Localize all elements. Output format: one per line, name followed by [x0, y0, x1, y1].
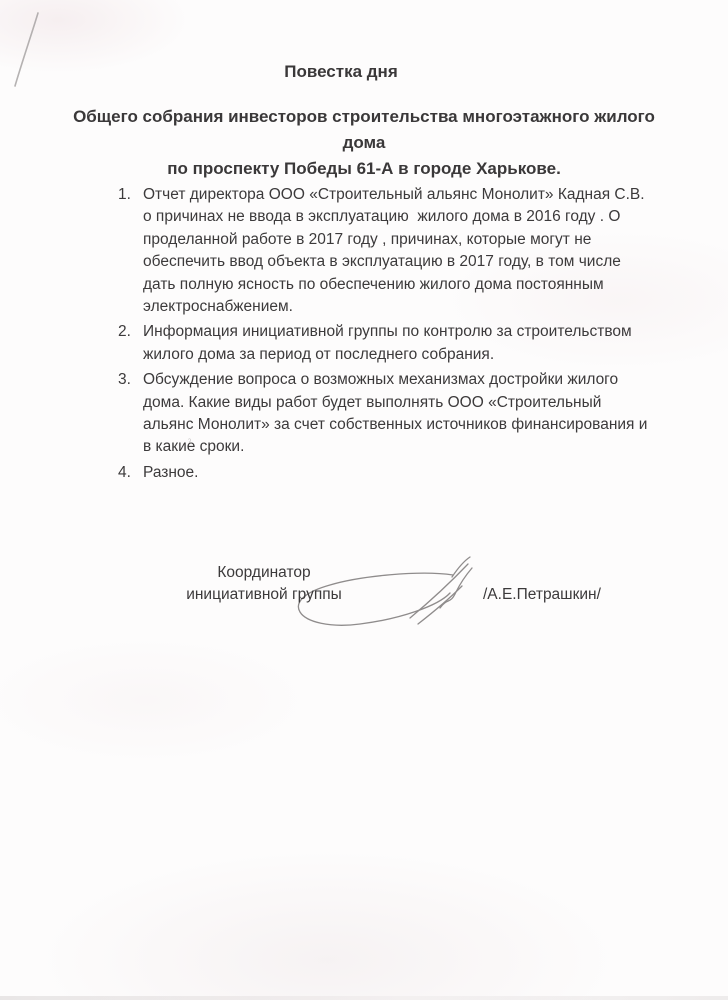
agenda-item-number: 4. — [118, 462, 143, 484]
agenda-item-4: 4. Разное. — [118, 462, 650, 484]
scan-bottom-edge — [0, 996, 728, 1000]
agenda-item-text: Информация инициативной группы по контро… — [143, 321, 650, 366]
signature-role-line-2: инициативной группы — [183, 584, 345, 606]
agenda-item-number: 2. — [118, 321, 143, 343]
document-subtitle: Общего собрания инвесторов строительства… — [64, 104, 664, 182]
agenda-item-number: 3. — [118, 369, 143, 391]
agenda-item-3: 3. Обсуждение вопроса о возможных механи… — [118, 369, 650, 459]
document-title: Повестка дня — [0, 62, 682, 82]
agenda-item-text: Отчет директора ООО «Строительный альянс… — [143, 184, 650, 318]
signature-name: /А.Е.Петрашкин/ — [483, 586, 601, 604]
agenda-item-text: Обсуждение вопроса о возможных механизма… — [143, 369, 650, 459]
scan-speck-artifact: ˀ — [188, 437, 191, 447]
agenda-item-number: 1. — [118, 184, 143, 206]
agenda-item-2: 2. Информация инициативной группы по кон… — [118, 321, 650, 366]
signature-role-line-1: Координатор — [183, 562, 345, 584]
agenda-item-text: Разное. — [143, 462, 650, 484]
subtitle-line-1: Общего собрания инвесторов строительства… — [64, 104, 664, 156]
subtitle-line-2: по проспекту Победы 61-А в городе Харько… — [64, 156, 664, 182]
signature-role: Координатор инициативной группы — [183, 562, 345, 605]
scanned-document-page: Повестка дня Общего собрания инвесторов … — [0, 0, 728, 1000]
agenda-item-1: 1. Отчет директора ООО «Строительный аль… — [118, 184, 650, 318]
agenda-list: 1. Отчет директора ООО «Строительный аль… — [118, 184, 650, 487]
